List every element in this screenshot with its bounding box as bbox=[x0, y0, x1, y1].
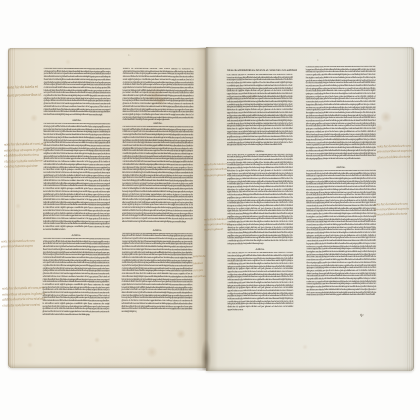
handwritten-marginal-note: nota hic de tutela et cura pro minoribus… bbox=[4, 141, 48, 170]
running-head: Glosa de administratione tutorum et cura… bbox=[227, 68, 297, 73]
handwritten-marginal-note: nota hic de tutela et cura pro minoribus… bbox=[204, 217, 231, 233]
print-text-block: cum autem tutores et curatores de admini… bbox=[227, 153, 293, 248]
text-column-1: cum autem tutores et curatores de admini… bbox=[42, 68, 110, 320]
handwritten-marginal-note: nota hic de tutela et cura pro minoribus… bbox=[1, 239, 35, 249]
handwritten-marginal-note: nota hic de tutela et cura pro minoribus… bbox=[193, 254, 209, 281]
handwritten-marginal-note: nota hic de tutela et cura pro minoribus… bbox=[204, 162, 228, 179]
print-text-block: cum autem tutores et curatores de admini… bbox=[43, 123, 111, 234]
handwritten-marginal-note: nota hic de tutela et cura pro minoribus… bbox=[7, 84, 45, 100]
print-text-block: Rubrica de administratione tutorum. cum … bbox=[122, 68, 193, 122]
book-photo: Glosa de administratione tutorum et cura… bbox=[0, 0, 420, 420]
folio-mark: · bbox=[250, 50, 251, 53]
signature-mark: ꝯ⸗ bbox=[360, 313, 364, 317]
text-column-4: cum autem tutores et curatores de admini… bbox=[306, 66, 377, 314]
folio-mark: ꞇ bbox=[317, 59, 319, 62]
print-text-block: cum autem tutores et curatores de admini… bbox=[42, 238, 109, 319]
print-text-block: cum autem tutores et curatores de admini… bbox=[122, 126, 194, 229]
print-text-block: cum autem tutores et curatores de admini… bbox=[306, 66, 376, 166]
text-column-3: cum autem tutores et curatores de admini… bbox=[227, 74, 294, 314]
print-text-block: cum autem tutores et curatores de admini… bbox=[121, 232, 192, 316]
handwritten-marginal-note: nota hic de tutela et cura pro minoribus… bbox=[374, 202, 410, 218]
print-text-block: cum autem tutores et curatores de admini… bbox=[306, 170, 376, 305]
folio-mark: ꞇ· bbox=[128, 54, 131, 57]
handwritten-marginal-note: nota hic de tutela et cura pro minoribus… bbox=[377, 144, 412, 161]
print-text-block: cum autem tutores et curatores de admini… bbox=[43, 68, 110, 120]
text-column-2: Rubrica de administratione tutorum. cum … bbox=[121, 68, 193, 320]
print-text-block: cum autem tutores et curatores de admini… bbox=[227, 252, 293, 312]
handwritten-marginal-note: nota hic de tutela et cura pro minoribus… bbox=[2, 285, 49, 308]
print-text-block: cum autem tutores et curatores de admini… bbox=[227, 74, 293, 150]
